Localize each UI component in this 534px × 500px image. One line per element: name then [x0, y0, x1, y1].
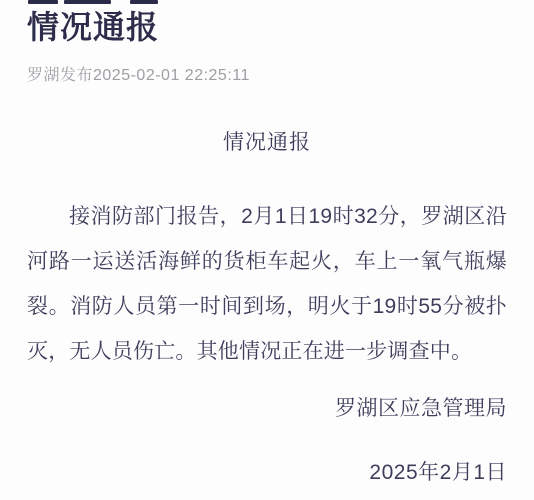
- article-page: 情况通报 罗湖发布2025-02-01 22:25:11 情况通报 接消防部门报…: [0, 0, 534, 500]
- cropped-text-fragment: [28, 0, 58, 4]
- cropped-text-fragment: [64, 0, 111, 4]
- byline-source-timestamp: 罗湖发布2025-02-01 22:25:11: [27, 66, 507, 86]
- article-paragraph: 接消防部门报告，2月1日19时32分，罗湖区沿河路一运送活海鲜的货柜车起火，车上…: [27, 194, 507, 374]
- signature-agency: 罗湖区应急管理局: [27, 396, 507, 422]
- cropped-text-fragment: [130, 0, 158, 4]
- page-title: 情况通报: [27, 6, 507, 46]
- publication-date: 2025年2月1日: [27, 460, 507, 486]
- article-heading: 情况通报: [27, 130, 507, 156]
